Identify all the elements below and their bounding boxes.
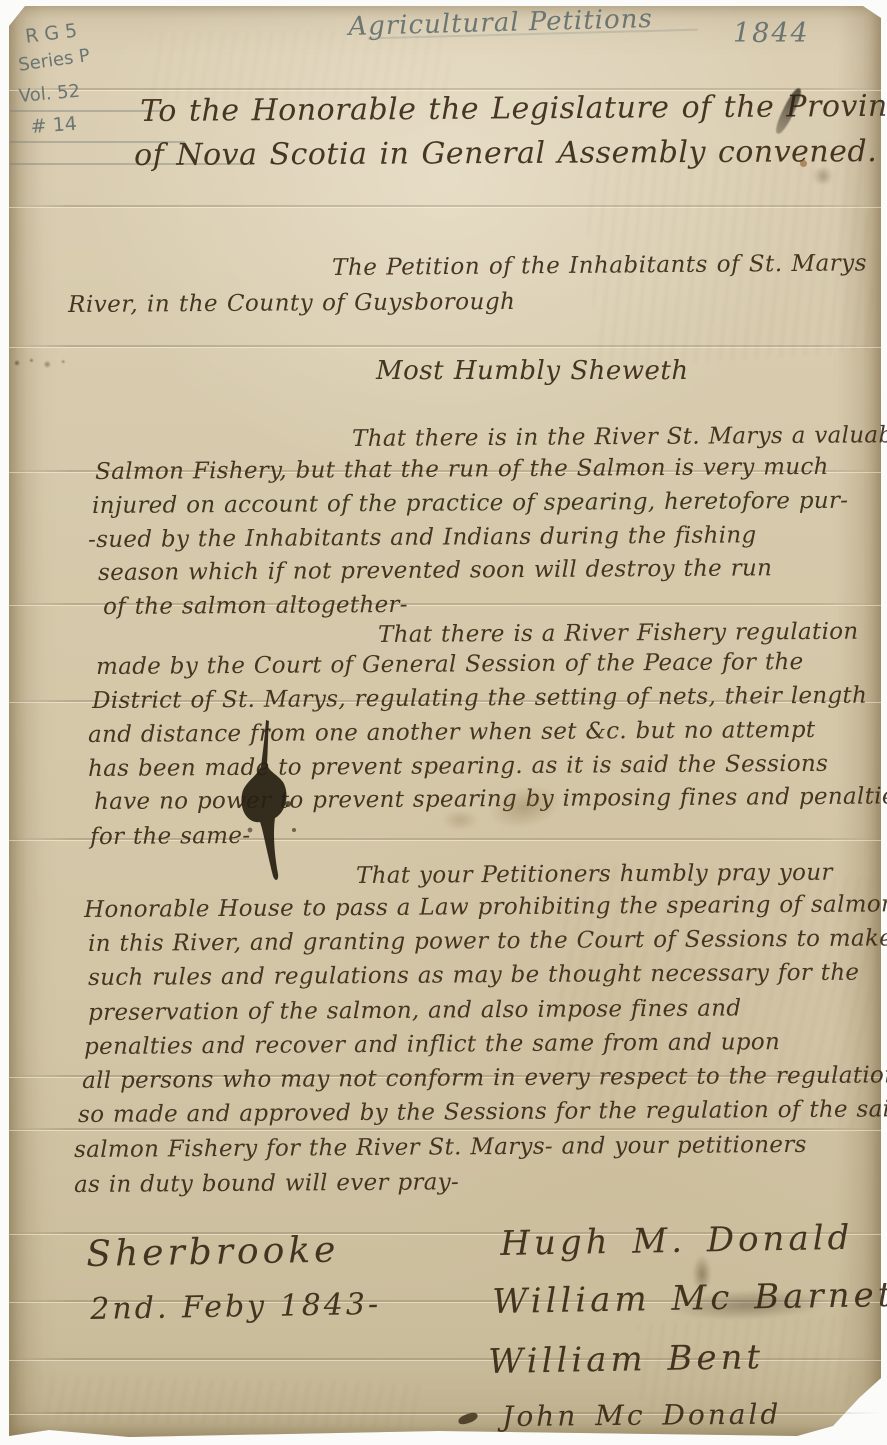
crease-line xyxy=(9,1128,881,1130)
crease-line xyxy=(9,345,881,347)
salutation-line-1: To the Honorable the Legislature of the … xyxy=(140,89,887,129)
petition-line: has been made to prevent spearing. as it… xyxy=(88,751,828,782)
petition-line: have no power to prevent spearing by imp… xyxy=(94,783,887,815)
petition-line: for the same- xyxy=(90,823,250,850)
petition-line: in this River, and granting power to the… xyxy=(88,925,887,957)
petition-line: of the salmon altogether- xyxy=(103,592,408,620)
petition-line: That there is a River Fishery regulation xyxy=(378,619,859,648)
signature-hugh-mcdonald: Hugh M. Donald xyxy=(500,1218,854,1264)
petition-line: all persons who may not conform in every… xyxy=(82,1062,887,1094)
petition-line: Salmon Fishery, but that the run of the … xyxy=(95,454,829,485)
salutation-line-2: of Nova Scotia in General Assembly conve… xyxy=(134,134,877,173)
petition-line: and distance from one another when set &… xyxy=(88,717,816,748)
signature-william-mcbarnett: William Mc Barnett xyxy=(492,1275,887,1322)
docket-year: 1844 xyxy=(733,18,810,49)
petition-line: That there is in the River St. Marys a v… xyxy=(352,422,887,452)
petition-line: made by the Court of General Session of … xyxy=(96,649,804,680)
crease-line xyxy=(9,205,881,207)
archival-ref-number: # 14 xyxy=(30,113,78,138)
petition-line: injured on account of the practice of sp… xyxy=(92,488,848,519)
petition-intro-line-1: The Petition of the Inhabitants of St. M… xyxy=(332,250,867,281)
date-line: 2nd. Feby 1843- xyxy=(90,1287,381,1327)
place-line: Sherbrooke xyxy=(86,1230,340,1275)
sheweth-heading: Most Humbly Sheweth xyxy=(376,356,689,386)
petition-line: District of St. Marys, regulating the se… xyxy=(92,683,867,714)
petition-line: That your Petitioners humbly pray your xyxy=(356,860,833,889)
signature-john-mcdonald: John Mc Donald xyxy=(502,1398,781,1433)
petition-line: Honorable House to pass a Law prohibitin… xyxy=(84,891,887,923)
petition-line: salmon Fishery for the River St. Marys- … xyxy=(74,1132,807,1163)
scanned-petition-page: R G 5 Series P Vol. 52 # 14 Agricultural… xyxy=(0,0,887,1445)
petition-line: such rules and regulations as may be tho… xyxy=(88,960,859,991)
petition-line: season which if not prevented soon will … xyxy=(98,555,772,586)
petition-line: penalties and recover and inflict the sa… xyxy=(84,1029,780,1060)
pencil-rule xyxy=(10,110,160,112)
petition-line: preservation of the salmon, and also imp… xyxy=(88,995,741,1026)
petition-intro-line-2: River, in the County of Guysborough xyxy=(68,289,516,318)
petition-line: as in duty bound will ever pray- xyxy=(74,1169,459,1198)
petition-line: -sued by the Inhabitants and Indians dur… xyxy=(88,522,757,553)
signature-william-bent: William Bent xyxy=(488,1337,764,1382)
